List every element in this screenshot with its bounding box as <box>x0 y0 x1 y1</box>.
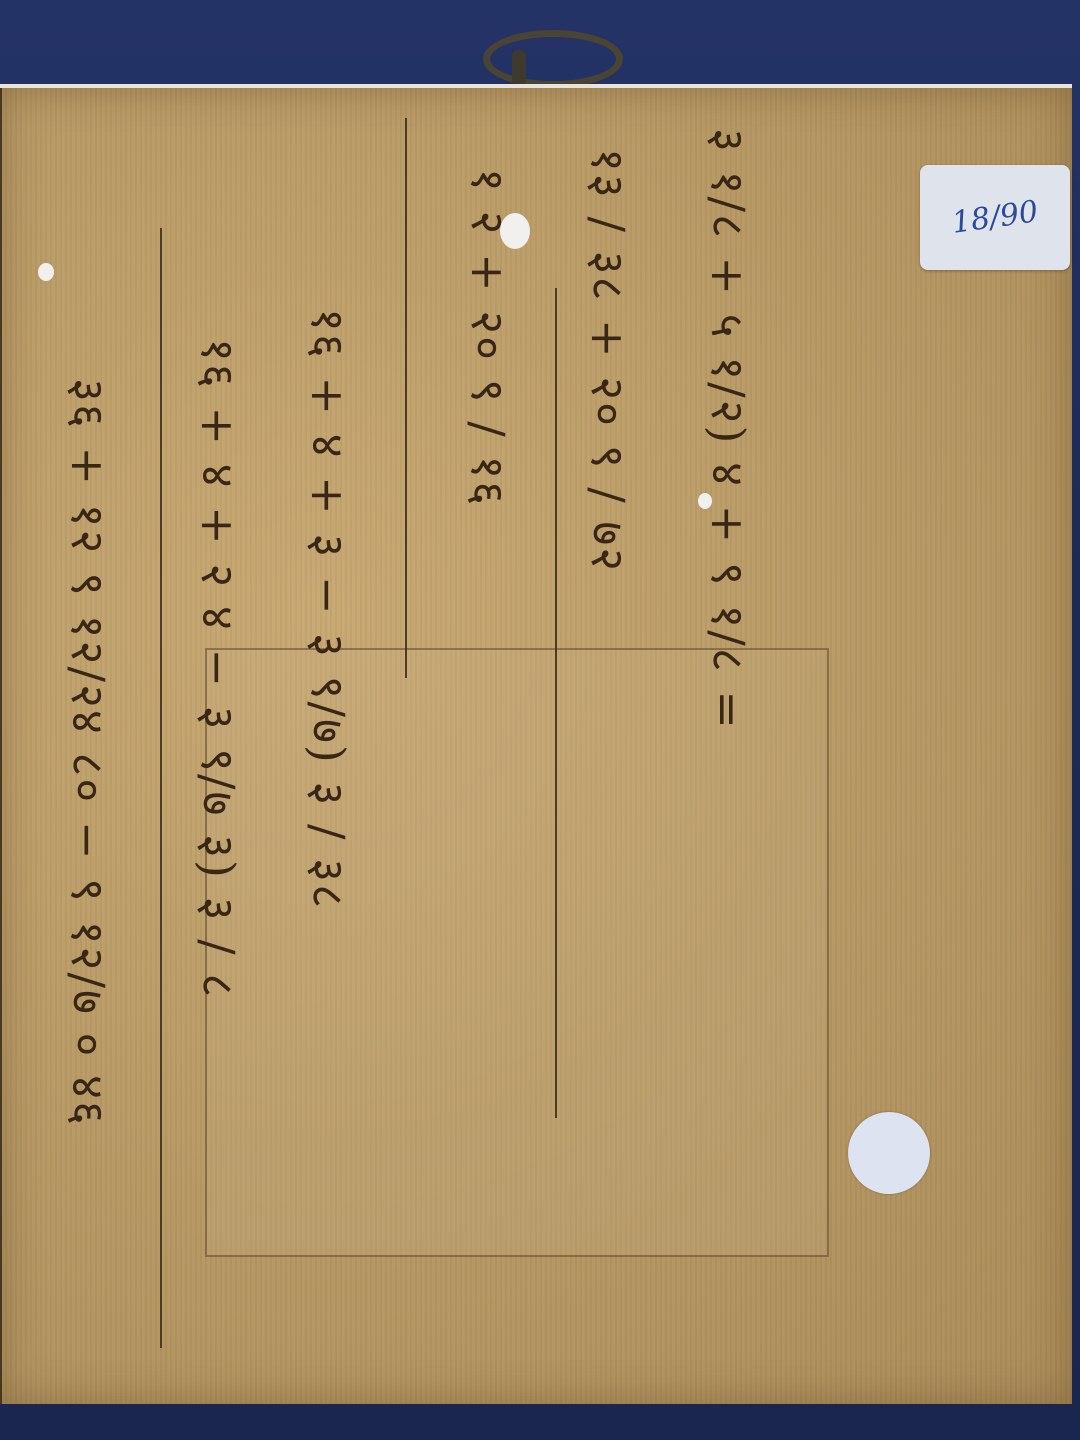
paint-spot <box>698 493 712 509</box>
handwriting-line: ३६ + १२ ९ १२/२४ ८० − ९ १२/७ ० ४६ <box>58 378 120 1127</box>
handwriting-line: १३ / ३८ + २० ९ / ७२ <box>578 148 640 573</box>
hanging-ring <box>483 30 623 88</box>
hanging-ring-post <box>512 50 526 86</box>
label-text: 18/90 <box>913 155 1076 280</box>
handwriting-line: १६ + ४ + ३ − ३ ९/७) ३ / ३८ <box>298 308 360 910</box>
inventory-label: 18/90 <box>920 165 1070 270</box>
ruled-line <box>160 228 162 1348</box>
frame-back-board: ३ १/८ + ५ १/२) ४ + ९ १/८ = १३ / ३८ + २० … <box>0 84 1072 1404</box>
round-sticker <box>848 1112 930 1194</box>
ruled-line <box>0 88 2 1404</box>
paint-spot <box>500 213 530 249</box>
ruled-line <box>555 288 557 1118</box>
paint-spot <box>38 263 54 281</box>
handwriting-line: ३ १/८ + ५ १/२) ४ + ९ १/८ = <box>698 128 760 731</box>
handwriting-line: १६ + ४ + २ ४ − ३ ९/७ ३) ३ / ८ <box>188 338 250 999</box>
ruled-line <box>405 118 407 678</box>
